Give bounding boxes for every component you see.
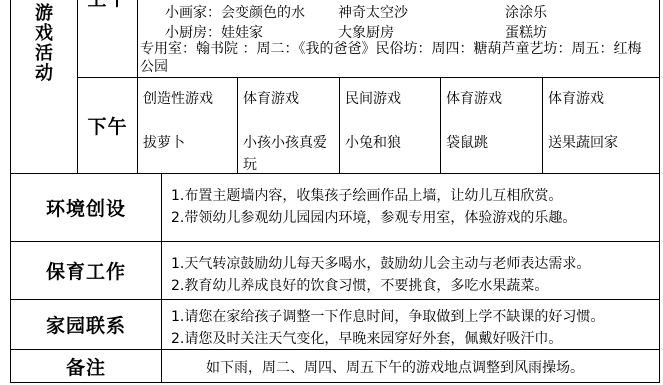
game-type: 民间游戏 [345,88,401,108]
home-contact-label: 家园联系 [46,311,126,338]
remarks-label-cell: 备注 [10,350,162,383]
games-activity-label-cell: 游戏活动 [10,0,78,174]
games-activity-label: 游戏活动 [34,4,54,84]
home-contact-line-2: 2.请您及时关注天气变化，早晚来园穿好外套，佩戴好吸汗巾。 [171,328,655,350]
weekly-plan-table: 游戏活动 上午 小画家：会变颜色的水 神奇太空沙 涂涂乐 小厨房：娃娃家 大象厨… [0,0,663,385]
home-contact-line-1: 1.请您在家给孩子调整一下作息时间，争取做到上学不缺课的好习惯。 [171,306,655,328]
remarks-content-cell: 如下雨，周二、周四、周五下午的游戏地点调整到风雨操场。 [162,350,660,383]
afternoon-game-cell: 创造性游戏 拔萝卜 [138,78,238,174]
game-name: 拔萝卜 [143,132,233,154]
afternoon-game-cell: 体育游戏 袋鼠跳 [441,78,543,174]
morning-line2-col2: 大象厨房 [338,22,394,42]
remarks-line-1: 如下雨，周二、周四、周五下午的游戏地点调整到风雨操场。 [206,357,655,379]
game-type: 体育游戏 [243,88,299,108]
afternoon-game-cell: 民间游戏 小兔和狼 [340,78,441,174]
game-type: 体育游戏 [446,88,502,108]
morning-line2-col3: 蛋糕坊 [505,22,547,42]
environment-line-2: 2.带领幼儿参观幼儿园园内环境，参观专用室，体验游戏的乐趣。 [171,207,655,229]
morning-line2-col1: 小厨房：娃娃家 [165,22,263,42]
morning-label: 上午 [78,0,137,11]
games-activity-vertical-text: 游戏活动 [11,4,77,84]
game-name: 袋鼠跳 [446,132,538,154]
game-name: 小孩小孩真爱玩 [243,132,335,174]
game-name: 小兔和狼 [345,132,436,154]
afternoon-label-cell: 下午 [78,78,138,174]
morning-content-cell: 小画家：会变颜色的水 神奇太空沙 涂涂乐 小厨房：娃娃家 大象厨房 蛋糕坊 专用… [138,0,660,78]
game-type: 创造性游戏 [143,88,213,108]
morning-line-2: 小厨房：娃娃家 大象厨房 蛋糕坊 [138,22,659,40]
care-line-2: 2.教育幼儿养成良好的饮食习惯，不要挑食，多吃水果蔬菜。 [171,275,655,297]
afternoon-game-cell: 体育游戏 送果蔬回家 [543,78,660,174]
morning-line-1: 小画家：会变颜色的水 神奇太空沙 涂涂乐 [138,2,659,20]
morning-line1-col1: 小画家：会变颜色的水 [165,2,305,22]
environment-line-1: 1.布置主题墙内容，收集孩子绘画作品上墙，让幼儿互相欣赏。 [171,185,655,207]
morning-label-cell: 上午 [78,0,138,78]
environment-setup-content-cell: 1.布置主题墙内容，收集孩子绘画作品上墙，让幼儿互相欣赏。 2.带领幼儿参观幼儿… [162,174,660,242]
environment-setup-label: 环境创设 [46,194,126,221]
afternoon-game-cell: 体育游戏 小孩小孩真爱玩 [238,78,340,174]
morning-line1-col3: 涂涂乐 [505,2,547,22]
morning-line1-col2: 神奇太空沙 [338,2,408,22]
afternoon-label: 下午 [87,112,127,139]
game-type: 体育游戏 [548,88,604,108]
care-work-label-cell: 保育工作 [10,242,162,300]
morning-special-rooms: 专用室：翰书院 ：周二：《我的爸爸》民俗坊：周四：糖葫芦童艺坊：周五：红梅公园 [140,40,644,76]
care-work-label: 保育工作 [46,257,126,284]
home-contact-content-cell: 1.请您在家给孩子调整一下作息时间，争取做到上学不缺课的好习惯。 2.请您及时关… [162,300,660,350]
care-line-1: 1.天气转凉鼓励幼儿每天多喝水，鼓励幼儿会主动与老师表达需求。 [171,253,655,275]
home-contact-label-cell: 家园联系 [10,300,162,350]
care-work-content-cell: 1.天气转凉鼓励幼儿每天多喝水，鼓励幼儿会主动与老师表达需求。 2.教育幼儿养成… [162,242,660,300]
game-name: 送果蔬回家 [548,132,655,154]
remarks-label: 备注 [66,353,106,380]
environment-setup-label-cell: 环境创设 [10,174,162,242]
